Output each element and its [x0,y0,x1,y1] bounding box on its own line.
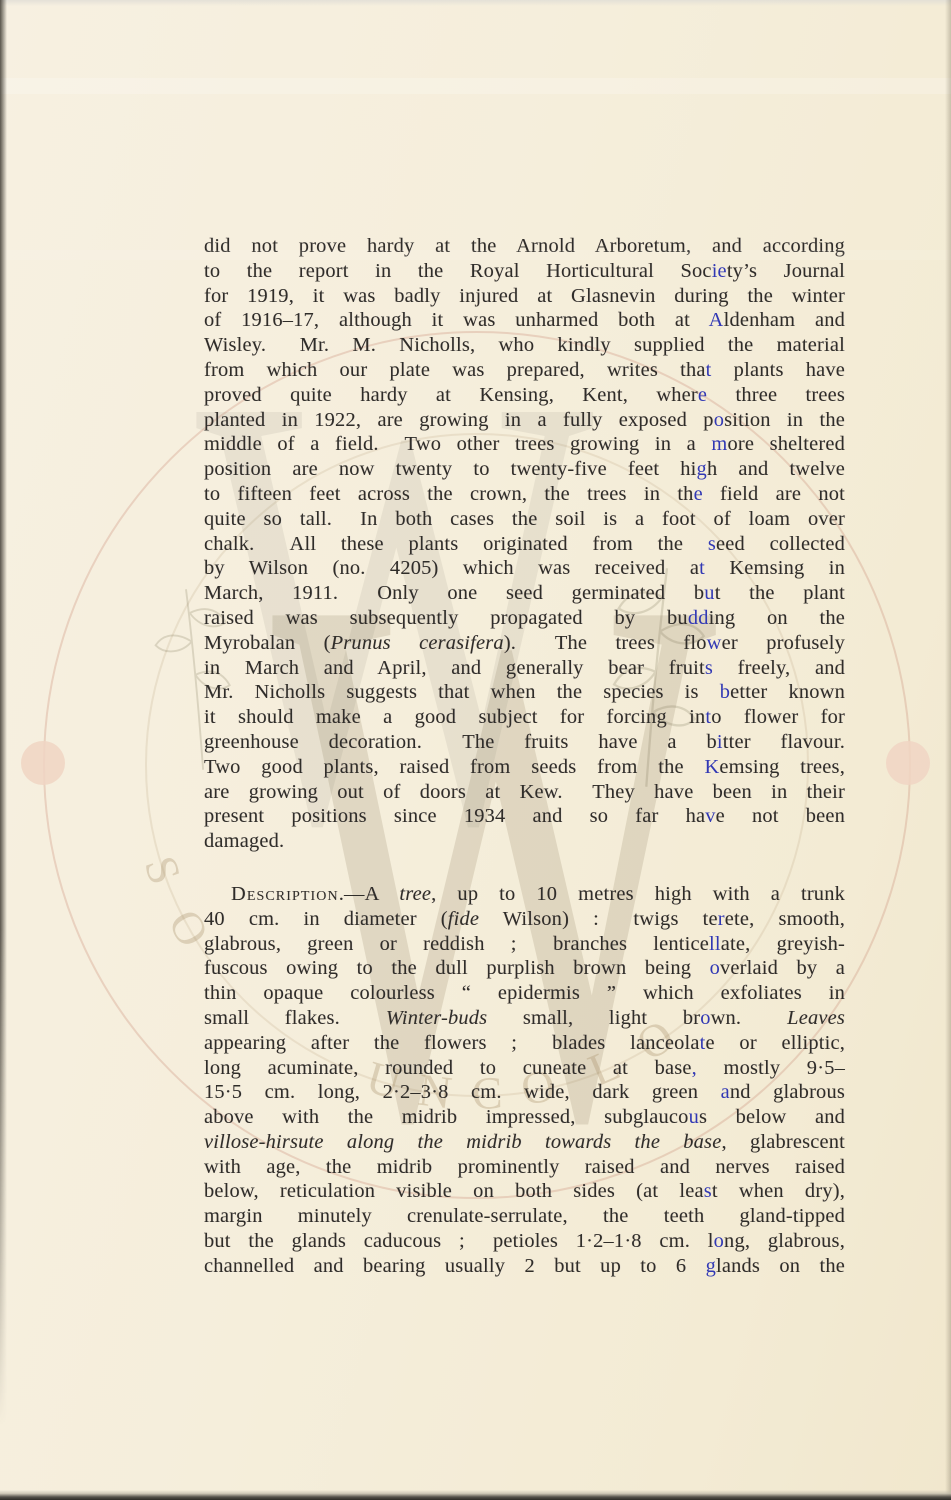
text-line: Wisley. Mr. M. Nicholls, who kindly supp… [204,333,845,358]
text-segment: ldenham and [724,309,845,331]
text-segment: small flakes. [204,1007,386,1029]
text-segment: by Wilson (no. 4205) which was received … [204,557,699,579]
text-segment: below, reticulation visible on both side… [204,1180,704,1202]
text-segment: w [707,632,722,654]
page-edge-top [0,0,951,6]
text-line: raised was subsequently propagated by bu… [204,606,845,631]
text-line: Description.—A tree, up to 10 metres hig… [204,882,845,907]
text-line: by Wilson (no. 4205) which was received … [204,556,845,581]
text-segment: ate, greyish- [721,933,845,955]
text-segment: tree [399,883,431,905]
text-segment: o [700,1007,710,1029]
text-segment: above with the midrib impressed, subglau… [204,1106,689,1128]
page-edge-bottom [0,1490,951,1500]
text-line: fuscous owing to the dull purplish brown… [204,956,845,981]
text-line: to the report in the Royal Horticultural… [204,259,845,284]
text-segment: Prunus cerasifera [331,632,504,654]
text-segment: wn. [711,1007,788,1029]
text-line: chalk. All these plants originated from … [204,532,845,557]
text-line: position are now twenty to twenty-five f… [204,457,845,482]
text-segment: position are now twenty to twenty-five f… [204,458,697,480]
text-segment: margin minutely crenulate-serrulate, the… [204,1205,845,1227]
text-line: in March and April, and generally bear f… [204,656,845,681]
text-line: of 1916–17, although it was unharmed bot… [204,308,845,333]
text-segment: Two good plants, raised from seeds from … [204,756,704,778]
text-segment: ing on the [709,607,845,629]
text-segment: it should make a good subject for forcin… [204,706,705,728]
text-line: for 1919, it was badly injured at Glasne… [204,284,845,309]
text-segment: u [689,1106,699,1128]
text-segment: Myrobalan ( [204,632,331,654]
text-segment: thin opaque colourless “ epidermis ” whi… [204,982,845,1004]
text-line: greenhouse decoration. The fruits have a… [204,730,845,755]
text-segment: field are not [703,483,845,505]
text-line: proved quite hardy at Kensing, Kent, whe… [204,383,845,408]
text-segment: quite so tall. In both cases the soil is… [204,508,845,530]
text-line: above with the midrib impressed, subglau… [204,1105,845,1130]
scan-light-band [0,78,951,94]
text-segment: emsing trees, [719,756,845,778]
text-segment: raised was subsequently propagated by bu [204,607,688,629]
text-segment: lands on the [716,1255,845,1277]
text-segment: t when dry), [712,1180,845,1202]
text-segment: ete, smooth, [725,908,845,930]
text-segment: small, light br [487,1007,700,1029]
text-segment: g [706,1255,716,1277]
text-line: thin opaque colourless “ epidermis ” whi… [204,981,845,1006]
text-segment: o [714,409,724,431]
text-segment: t the plant [715,582,845,604]
text-segment: greenhouse decoration. The fruits have a… [204,731,717,753]
text-segment: m [711,433,727,455]
text-segment: , glabrescent [721,1131,845,1153]
text-line: present positions since 1934 and so far … [204,804,845,829]
text-line: long acuminate, rounded to cuneate at ba… [204,1056,845,1081]
text-segment: present positions since 1934 and so far … [204,805,705,827]
text-segment: villose-hirsute along the midrib towards… [204,1131,721,1153]
text-segment: Kemsing in [705,557,845,579]
text-segment: etter known [730,681,845,703]
text-block: did not prove hardy at the Arnold Arbore… [204,234,845,1279]
text-segment: Description [231,883,339,905]
text-segment: r [718,908,725,930]
text-line: damaged. [204,829,845,854]
text-segment: March, 1911. Only one seed germinated b [204,582,704,604]
text-line: from which our plate was prepared, write… [204,358,845,383]
text-line: appearing after the flowers ; blades lan… [204,1031,845,1056]
text-segment: appearing after the flowers ; blades lan… [204,1032,700,1054]
text-segment: damaged. [204,830,284,852]
text-segment: ty’s Journal [727,260,845,282]
text-segment: u [704,582,714,604]
text-segment: s [704,1180,712,1202]
text-line: to fifteen feet across the crown, the tr… [204,482,845,507]
text-line: but the glands caducous ; petioles 1·2–1… [204,1229,845,1254]
text-segment: v [705,805,715,827]
text-segment: of 1916–17, although it was unharmed bot… [204,309,709,331]
page-edge-left [0,0,7,1500]
text-line: small flakes. Winter-buds small, light b… [204,1006,845,1031]
text-segment: Mr. Nicholls suggests that when the spec… [204,681,720,703]
text-segment: eed collected [716,533,845,555]
text-segment: did not prove hardy at the Arnold Arbore… [204,235,845,257]
text-segment: e not been [716,805,845,827]
text-segment: 40 cm. in diameter ( [204,908,448,930]
text-segment: b [720,681,730,703]
text-segment: K [704,756,719,778]
text-line: with age, the midrib prominently raised … [204,1155,845,1180]
text-segment: ng, glabrous, [724,1230,845,1252]
text-segment: planted in 1922, are growing in a fully … [204,409,714,431]
text-segment: from which our plate was prepared, write… [204,359,706,381]
text-segment: o flower for [711,706,845,728]
text-line: middle of a field. Two other trees growi… [204,432,845,457]
text-line: Myrobalan (Prunus cerasifera). The trees… [204,631,845,656]
text-segment: to fifteen feet across the crown, the tr… [204,483,694,505]
text-line: Two good plants, raised from seeds from … [204,755,845,780]
text-segment: Winter-buds [386,1007,487,1029]
text-segment: fide [448,908,479,930]
text-segment: plants have [712,359,845,381]
text-line: villose-hirsute along the midrib towards… [204,1130,845,1155]
text-line: margin minutely crenulate-serrulate, the… [204,1204,845,1229]
text-segment: dd [688,607,709,629]
text-line: 40 cm. in diameter (fide Wilson) : twigs… [204,907,845,932]
text-segment: to the report in the Royal Horticultural… [204,260,712,282]
text-segment: freely, and [713,657,845,679]
watermark-dot-right [886,741,930,785]
text-segment: for 1919, it was badly injured at Glasne… [204,285,845,307]
text-segment: .—A [339,883,400,905]
text-line: planted in 1922, are growing in a fully … [204,408,845,433]
text-segment: 15·5 cm. long, 2·2–3·8 cm. wide, dark gr… [204,1081,721,1103]
text-line: below, reticulation visible on both side… [204,1179,845,1204]
text-segment: fuscous owing to the dull purplish brown… [204,957,710,979]
text-segment: chalk. All these plants originated from … [204,533,708,555]
text-line: are growing out of doors at Kew. They ha… [204,780,845,805]
text-segment: nd glabrous [730,1081,845,1103]
text-segment: ore sheltered [727,433,845,455]
text-segment: Wisley. Mr. M. Nicholls, who kindly supp… [204,334,845,356]
text-segment: sition in the [724,409,845,431]
text-segment: ). The trees flo [504,632,707,654]
text-line: Mr. Nicholls suggests that when the spec… [204,680,845,705]
watermark-dot-left [21,741,65,785]
text-segment: s below and [699,1106,845,1128]
text-line: it should make a good subject for forcin… [204,705,845,730]
text-segment: e [694,483,703,505]
text-segment: e or elliptic, [706,1032,845,1054]
text-segment: s [708,533,716,555]
scanned-book-page: W W SOUNCOLO did not prove hardy at the … [0,0,951,1500]
text-segment: are growing out of doors at Kew. They ha… [204,781,845,803]
text-segment: channelled and bearing usually 2 but up … [204,1255,706,1277]
page-edge-right [945,0,951,1500]
text-segment: s [705,657,713,679]
text-segment: but the glands caducous ; petioles 1·2–1… [204,1230,714,1252]
text-segment: in March and April, and generally bear f… [204,657,705,679]
watermark-arc-letter: S [134,850,192,891]
text-segment: h and twelve [707,458,845,480]
text-segment: mostly 9·5– [697,1057,845,1079]
text-segment: proved quite hardy at Kensing, Kent, whe… [204,384,698,406]
text-segment: er profusely [722,632,845,654]
text-segment: o [710,957,720,979]
text-segment: ie [712,260,727,282]
text-line: 15·5 cm. long, 2·2–3·8 cm. wide, dark gr… [204,1080,845,1105]
text-segment: o [714,1230,724,1252]
text-segment: glabrous, green or reddish ; branches le… [204,933,709,955]
text-segment: Wilson) : twigs te [479,908,718,930]
text-segment: g [697,458,707,480]
paragraph: did not prove hardy at the Arnold Arbore… [204,234,845,854]
text-line: did not prove hardy at the Arnold Arbore… [204,234,845,259]
text-segment: verlaid by a [720,957,845,979]
text-segment: A [709,309,724,331]
text-segment: tter flavour. [723,731,845,753]
text-line: March, 1911. Only one seed germinated bu… [204,581,845,606]
text-segment: long acuminate, rounded to cuneate at ba… [204,1057,692,1079]
text-line: channelled and bearing usually 2 but up … [204,1254,845,1279]
paragraph: Description.—A tree, up to 10 metres hig… [204,882,845,1279]
text-line: glabrous, green or reddish ; branches le… [204,932,845,957]
text-segment: e [698,384,707,406]
text-segment: , up to 10 metres high with a trunk [431,883,845,905]
text-segment: three trees [707,384,845,406]
text-segment: a [721,1081,730,1103]
text-segment: Leaves [787,1007,845,1029]
text-segment: with age, the midrib prominently raised … [204,1156,845,1178]
text-segment: middle of a field. Two other trees growi… [204,433,711,455]
text-segment: ll [709,933,721,955]
text-line: quite so tall. In both cases the soil is… [204,507,845,532]
